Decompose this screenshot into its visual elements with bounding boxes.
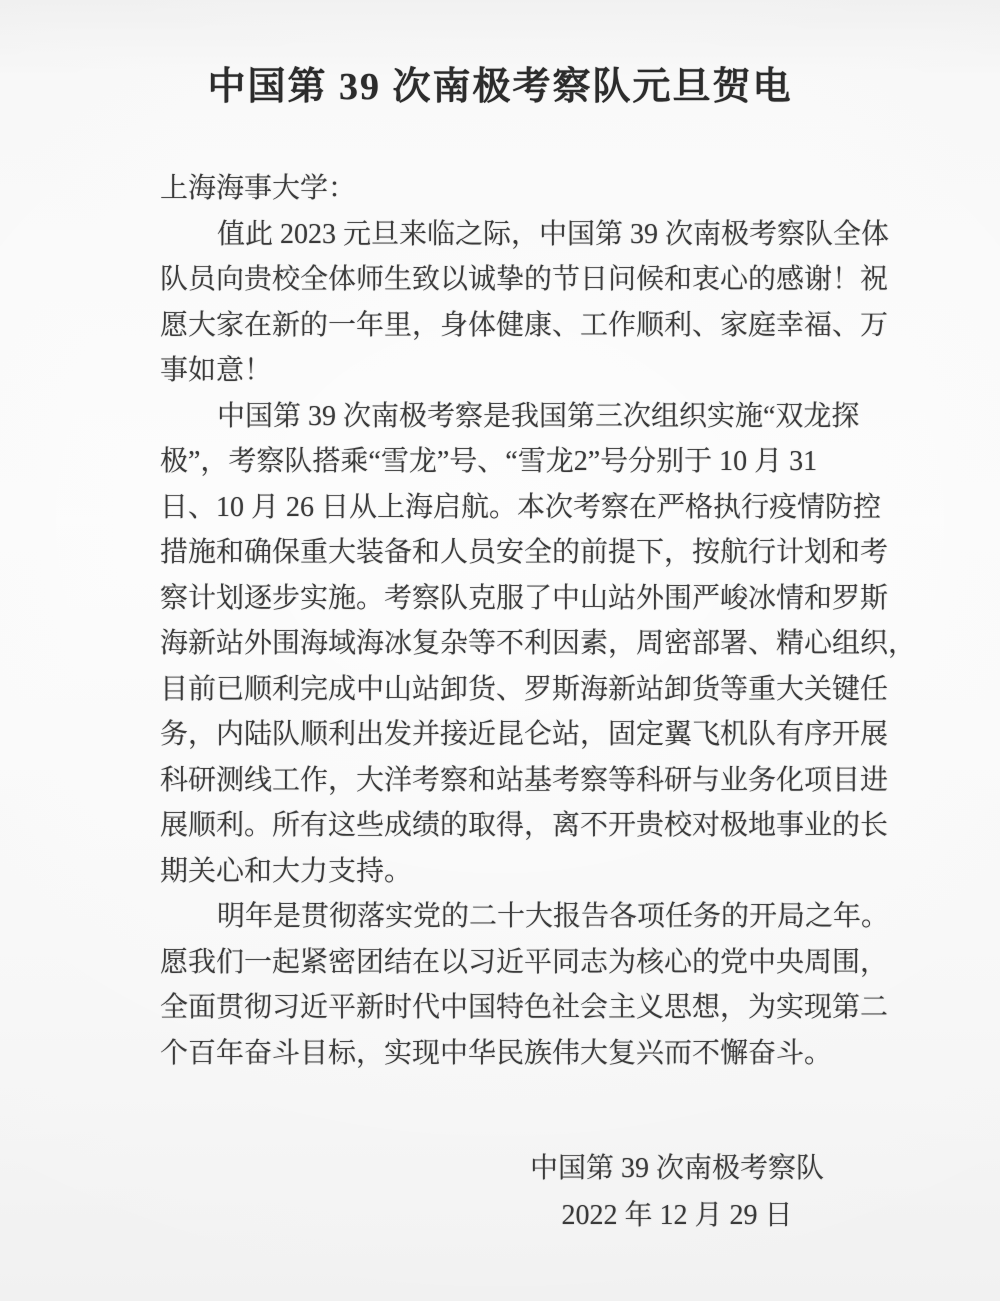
paragraph-line: 中国第 39 次南极考察是我国第三次组织实施“双龙探 — [160, 394, 888, 440]
paragraph-line: 队员向贵校全体师生致以诚挚的节日问候和衷心的感谢！祝 — [160, 257, 888, 303]
paragraph-line: 措施和确保重大装备和人员安全的前提下，按航行计划和考 — [160, 530, 888, 576]
paragraph-line: 日、10 月 26 日从上海启航。本次考察在严格执行疫情防控 — [160, 485, 888, 531]
letter-page: 中国第 39 次南极考察队元旦贺电 上海海事大学： 值此 2023 元旦来临之际… — [0, 0, 1000, 1301]
paragraph-line: 愿我们一起紧密团结在以习近平同志为核心的党中央周围， — [160, 940, 888, 986]
paragraph-line: 期关心和大力支持。 — [160, 849, 888, 895]
paragraph-line: 展顺利。所有这些成绩的取得，离不开贵校对极地事业的长 — [160, 803, 888, 849]
paragraph-line: 个百年奋斗目标，实现中华民族伟大复兴而不懈奋斗。 — [160, 1031, 888, 1077]
paragraph-line: 事如意！ — [160, 348, 888, 394]
letter-body: 上海海事大学： 值此 2023 元旦来临之际，中国第 39 次南极考察队全体 队… — [160, 166, 888, 1076]
paragraph-line: 明年是贯彻落实党的二十大报告各项任务的开局之年。 — [160, 894, 888, 940]
signature-date: 2022 年 12 月 29 日 — [477, 1193, 877, 1233]
paragraph-line: 极”，考察队搭乘“雪龙”号、“雪龙2”号分别于 10 月 31 — [160, 439, 888, 485]
paragraph-line: 务，内陆队顺利出发并接近昆仑站，固定翼飞机队有序开展 — [160, 712, 888, 758]
paragraph-line: 全面贯彻习近平新时代中国特色社会主义思想，为实现第二 — [160, 985, 888, 1031]
paragraph-line: 科研测线工作，大洋考察和站基考察等科研与业务化项目进 — [160, 758, 888, 804]
signature-name: 中国第 39 次南极考察队 — [477, 1146, 877, 1186]
paragraph-line: 察计划逐步实施。考察队克服了中山站外围严峻冰情和罗斯 — [160, 576, 888, 622]
paragraph-line: 目前已顺利完成中山站卸货、罗斯海新站卸货等重大关键任 — [160, 667, 888, 713]
paragraph-line: 海新站外围海域海冰复杂等不利因素，周密部署、精心组织， — [160, 621, 888, 667]
salutation: 上海海事大学： — [160, 166, 888, 212]
paragraph-line: 值此 2023 元旦来临之际，中国第 39 次南极考察队全体 — [160, 212, 888, 258]
paragraph-line: 愿大家在新的一年里，身体健康、工作顺利、家庭幸福、万 — [160, 303, 888, 349]
document-title: 中国第 39 次南极考察队元旦贺电 — [0, 55, 1000, 110]
